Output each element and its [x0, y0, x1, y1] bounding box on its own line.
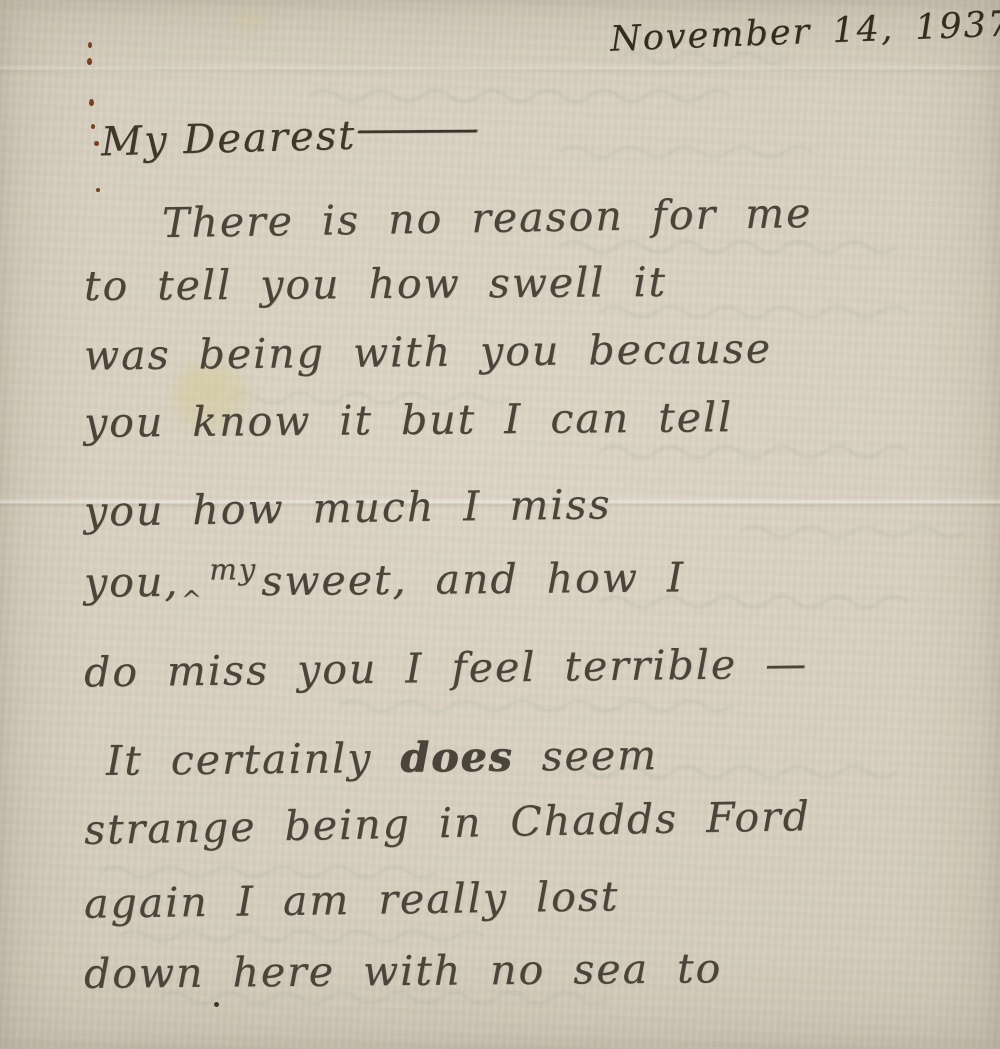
- letter-photo: November 14, 1937 My Dearest — There is …: [0, 0, 1000, 1049]
- letter-paper: [0, 0, 1000, 1049]
